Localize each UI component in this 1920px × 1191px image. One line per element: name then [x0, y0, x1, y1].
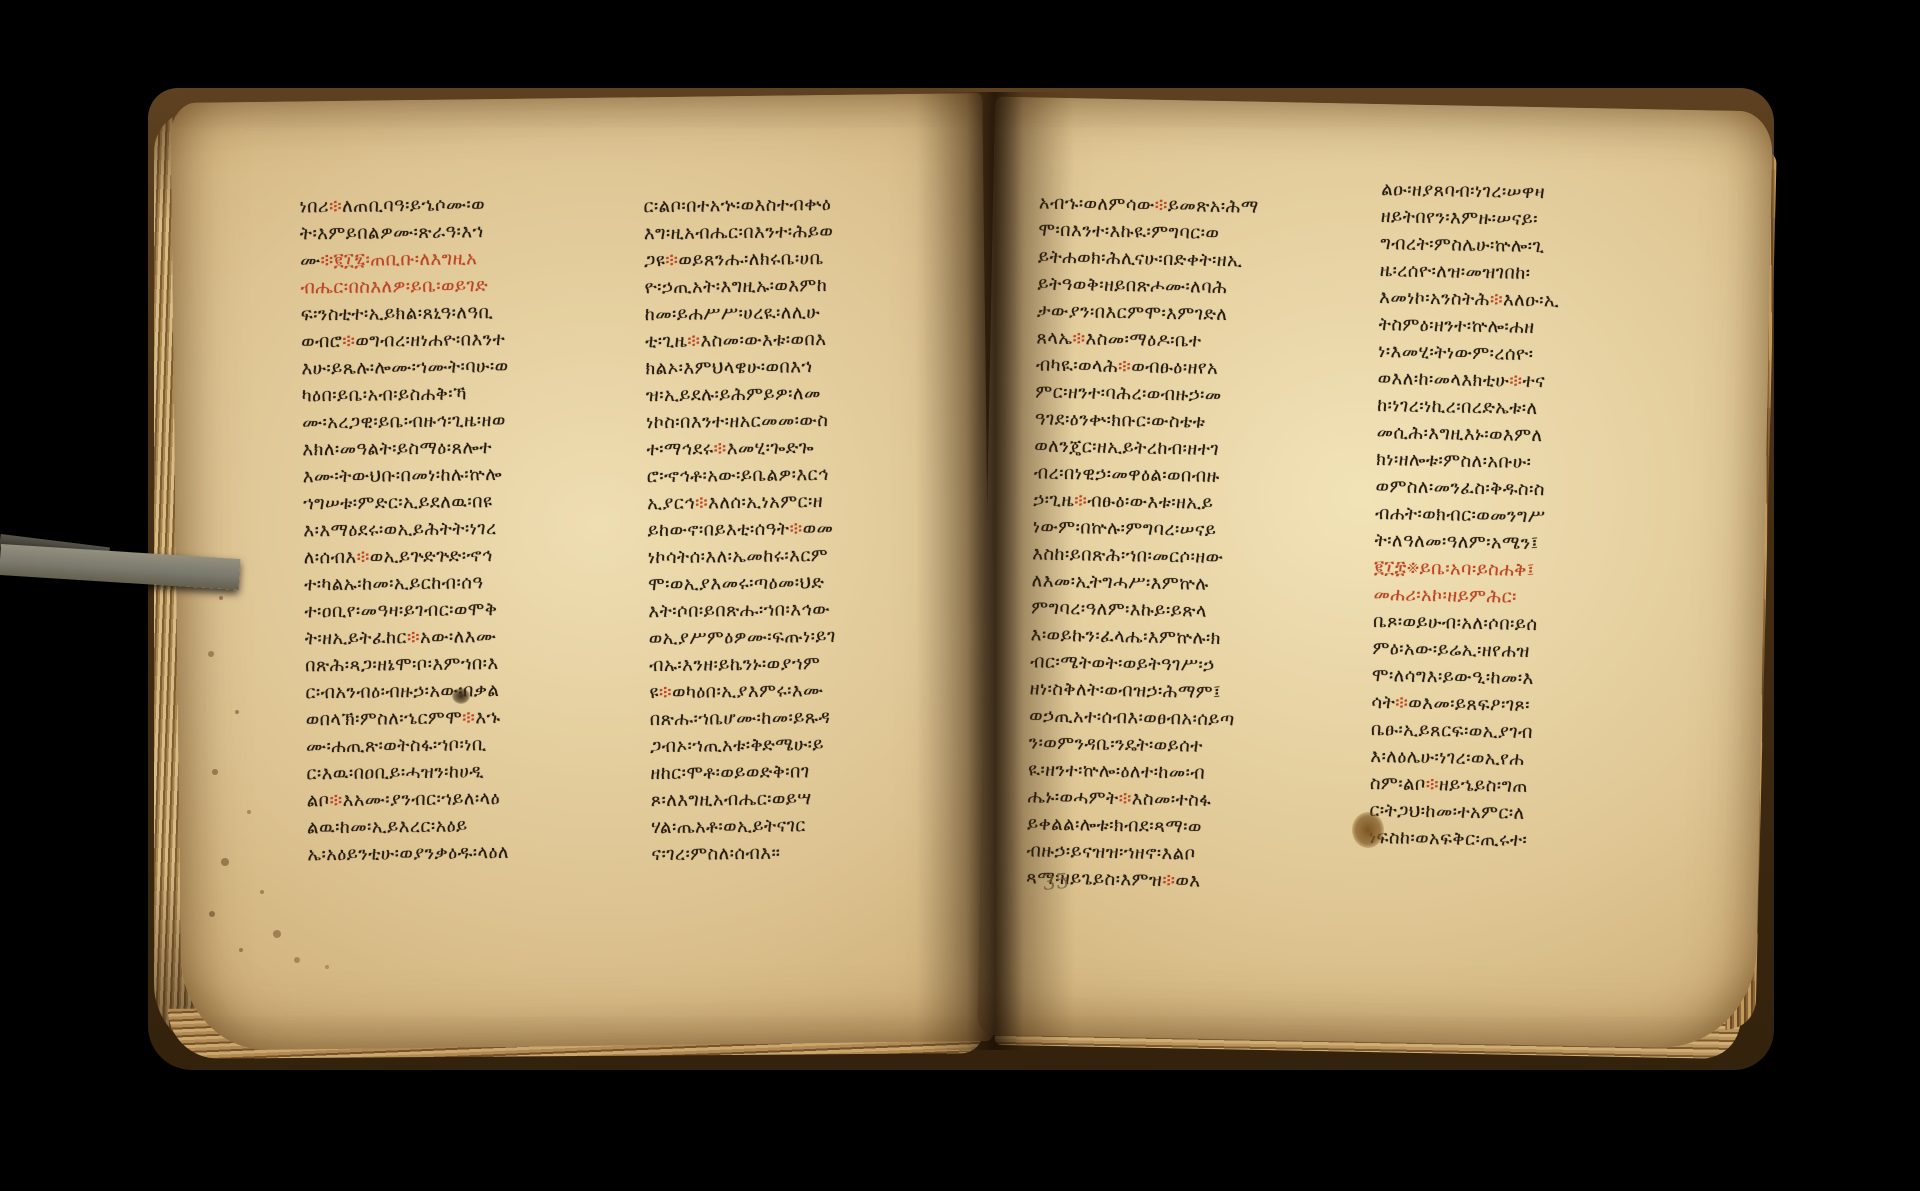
photo-background: { "pencil": { "page_number": "35" }, "pa… — [0, 0, 1920, 1191]
black-ink-text: ብዙኃ፡ይናዝዝ፡ኀዘኖ፡እልቦ — [1026, 840, 1195, 864]
black-ink-text: ነውም፡በኵሉ፡ምግባረ፡ሠናይ — [1033, 516, 1217, 541]
black-ink-text: ር፡ልቦ፡በተአኍ፡ወእስተብቍዕ — [643, 194, 831, 217]
black-ink-text: ሙ — [300, 250, 321, 271]
black-ink-text: ር፡ብአንብዕ፡ብዙኃ፡አው፡በቃል — [305, 680, 499, 703]
black-ink-text: አብኁ፡ወለምሳው — [1039, 192, 1155, 215]
red-ink-text: ፨ — [1395, 692, 1409, 713]
text-line: ር፡እዉ፡በዐቢይ፡ሓዝን፡ከሀዲ — [306, 756, 628, 787]
black-ink-text: ይከውኖ፡በይእቲ፡ሰዓት — [647, 518, 789, 541]
black-ink-text: ዘይኄይስ፡ግጠ — [1439, 774, 1528, 797]
black-ink-text: ዩ — [649, 682, 659, 703]
red-ink-text: ፨ — [1490, 289, 1504, 310]
black-ink-text: ግብረት፡ምስሌሁ፡ኵሎ፡ጊ — [1380, 233, 1545, 257]
text-line: ነኮሳትሰ፡እለ፡ኤመከሩ፡እርም — [648, 540, 960, 571]
black-ink-text: ጋዩ — [644, 250, 665, 271]
black-ink-text: እስመ፡ማዕዶ፡ቤተ — [1085, 328, 1201, 351]
black-ink-text: ዝ፡ኢይደሉ፡ይሕምይዎ፡ለመ — [646, 383, 821, 406]
black-ink-text: ወእመ፡ይጸፍዖ፡ገጾ፡ — [1408, 693, 1530, 716]
black-ink-text: ጸላኤ — [1036, 327, 1072, 349]
red-ink-text: ፨ — [1118, 356, 1132, 377]
black-ink-text: እኁ — [475, 707, 500, 728]
red-ink-text: ፨ — [329, 790, 342, 811]
black-ink-text: ወብፁዕ፡ዘየአ — [1131, 356, 1218, 379]
text-line: ዝ፡ኢይደሉ፡ይሕምይዎ፡ለመ — [646, 378, 958, 409]
black-ink-text: ር፡እዉ፡በዐቢይ፡ሓዝን፡ከሀዲ — [306, 761, 484, 784]
text-line: በጽሕ፡ጻጋ፡ዘኔሞ፡ቦ፡እምኀበ፡እ — [305, 648, 627, 679]
black-ink-text: እ፡ወይኩን፡ፈላሔ፡እምኵሉ፡ክ — [1031, 624, 1222, 649]
black-ink-text: ይቀልል፡ሎቱ፡ክብደ፡ጻማ፡ወ — [1027, 813, 1202, 837]
text-line: ሮ፡ኆኅቶ፡አው፡ይቤልዎ፡እርኅ — [647, 459, 959, 490]
black-ink-text: ይትዓወቅ፡ዘይበጽሖሙ፡ለባሕ — [1037, 273, 1227, 298]
text-line: ወበላኽ፡ምስለ፡ኄርምሞ፨እኁ — [306, 702, 628, 733]
black-ink-text: ወለንጄር፡ዘኢይትረከብ፡ዘተገ — [1034, 435, 1219, 460]
text-line: ዩ፨ወካዕበ፡ኢያእምሩ፡እሙ — [649, 675, 961, 706]
text-line: ሙ፡አረጋዊ፡ይቤ፡ብዙኅ፡ጊዜ፡ዘወ — [302, 405, 624, 436]
text-line: ክልኦ፡እምህላዌሁ፡ወበእኀ — [645, 351, 957, 382]
black-ink-text: ወእ — [1175, 870, 1200, 891]
black-ink-text: ሳት — [1371, 692, 1395, 713]
red-ink-text: ፨ — [329, 196, 342, 217]
black-ink-text: እመሂ፡ጐድጐ — [727, 437, 815, 459]
black-ink-text: ታውያን፡በእርምሞ፡እምገድለ — [1037, 300, 1228, 325]
black-ink-text: ይመጽአ፡ሕማ — [1168, 195, 1259, 218]
text-line: በጽሑ፡ኀቤሆሙ፡ከመ፡ይጹዳ — [650, 702, 962, 733]
text-line: ልዉ፡ከመ፡ኢይእረር፡አዕይ — [307, 810, 629, 841]
text-line: እሙ፡ትውህቡ፡በመነ፡ከሉ፡ኵሎ — [303, 459, 625, 490]
black-ink-text: ብር፡ሜትወት፡ወይትዓገሥ፡ኃ — [1030, 651, 1215, 676]
black-ink-text: ብኡ፡እንዘ፡ይኬንኑ፡ወያኀም — [649, 653, 820, 676]
black-ink-text: ክነ፡ዘሎቱ፡ምስለ፡አቡሁ፡ — [1376, 449, 1532, 473]
black-ink-text: እለዑ፡ኢ — [1503, 289, 1560, 311]
right-page: አብኁ፡ወለምሳው፨ይመጽአ፡ሕማሞ፡በእንተ፡እኩዪ፡ምግባር፡ወይትሐወክ፡… — [977, 97, 1773, 1050]
black-ink-text: መሲሕ፡እግዚእኑ፡ወእምለ — [1376, 422, 1542, 446]
black-ink-text: ወበላኽ፡ምስለ፡ኄርምሞ — [306, 707, 463, 730]
black-ink-text: ወኢይጕድጕድ፡ኆኅ — [370, 545, 493, 568]
ink-stain — [452, 688, 470, 704]
red-ink-text: ፨ — [1509, 371, 1523, 392]
text-line: ተ፡ካልኡ፡ከመ፡ኢይርከብ፡ሰዓ — [304, 567, 626, 598]
black-ink-text: ይትሐወክ፡ሕሊናሁ፡በድቀት፡ዘኢ — [1038, 246, 1243, 271]
black-ink-text: ወኃጢአተ፡ሰብእ፡ወፀብአ፡ሰይጣ — [1029, 705, 1235, 730]
red-ink-text: ፨ — [1426, 774, 1440, 795]
red-ink-text: ፨ — [342, 331, 355, 352]
text-line: እ፡እማዕደሩ፡ወኢይሕትት፡ነገረ — [303, 513, 625, 544]
black-ink-text: እስመ፡ተስፋ — [1132, 788, 1212, 811]
black-ink-text: ኀግሠቱ፡ምድር፡ኢይደለዉ፡በዩ — [303, 491, 493, 514]
black-ink-text: ቤፁ፡ኢይጸርፍ፡ወኢያገብ — [1371, 719, 1533, 743]
black-ink-text: ነ፡እመሂ፡ትነውም፡ረሰዮ፡ — [1378, 341, 1534, 365]
black-ink-text: ነኮስ፡በእንተ፡ዘአርመመ፡ውስ — [646, 410, 828, 433]
black-ink-text: እ፡እማዕደሩ፡ወኢይሕትት፡ነገረ — [303, 518, 496, 541]
black-ink-text: ወምስለ፡መንፈስ፡ቅዱስ፡ስ — [1375, 476, 1545, 500]
black-ink-text: ሞ፡ወኢያእመሩ፡ጣዕመ፡ህድ — [648, 572, 824, 595]
text-line: ወብሮ፨ወግብረ፡ዘነሐዮ፡በእንተ — [301, 324, 623, 355]
text-line: ለ፡ሰብእ፨ወኢይጕድጕድ፡ኆኅ — [304, 540, 626, 571]
text-line: ነፍስከ፡ወአፍቅር፡ጢሩተ፡ — [1369, 824, 1705, 857]
black-ink-text: ዓገደ፡ዕንቍ፡ክቡር፡ውስቴቱ — [1035, 408, 1206, 432]
red-ink-text: ፨፪፲፯፡ጠቢቡ፡ለእግዚአ — [320, 248, 477, 271]
black-ink-text: ዪ፡ዘንተ፡ኵሎ፡ዕለተ፡ከመ፡ብ — [1028, 759, 1205, 783]
black-ink-text: ነበሪ — [299, 196, 329, 217]
black-ink-text: ት፡ለዓለመ፡ዓለም፡አሜን፤ — [1374, 530, 1538, 554]
black-ink-text: ተና — [1522, 371, 1545, 392]
black-ink-text: ቤጾ፡ወይሁብ፡አለ፡ሶበ፡ይሰ — [1373, 611, 1538, 635]
text-line: ኤ፡አዕይንቲሁ፡ወያንቃዕዱ፡ላዕለ — [307, 837, 629, 868]
red-ink-text: ፨ — [407, 627, 420, 648]
left-page: ነበሪ፨ለጠቢባዓ፡ይኄሶሙ፡ወት፡እምይበልዎሙ፡ጽራዓ፡እኀሙ፨፪፲፯፡ጠቢ… — [170, 93, 994, 1051]
black-ink-text: እሙ፡ትውህቡ፡በመነ፡ከሉ፡ኵሎ — [303, 464, 503, 487]
black-ink-text: ሮ፡ኆኅቶ፡አው፡ይቤልዎ፡እርኅ — [647, 464, 829, 487]
black-ink-text: ከመ፡ይሐሥሥ፡ሀረዪ፡ለሊሁ — [645, 302, 821, 325]
black-ink-text: ሙ፡ሐጢጽ፡ወትስፋ፡ኀቦ፡ነቢ — [306, 734, 487, 757]
red-ink-text: ፨ — [789, 518, 802, 539]
red-ink-text: ፨ — [687, 331, 700, 352]
red-ink-text: መሐሪ፡አኮ፡ዘይምሕር፡ — [1373, 584, 1517, 608]
black-ink-text: ኢያርኅ — [647, 493, 695, 515]
text-line: ዮ፡ኃጢአት፡እግዚኡ፡ወእምከ — [644, 270, 956, 301]
text-line: እግ፡ዚአብሔር፡በእንተ፡ሕይወ — [644, 216, 956, 247]
text-line: ጋብኦ፡ኀጢአቱ፡ቅድሜሁ፡ይ — [650, 729, 962, 760]
black-ink-text: እግ፡ዚአብሔር፡በእንተ፡ሕይወ — [644, 221, 834, 244]
text-line: ር፡ልቦ፡በተአኍ፡ወእስተብቍዕ — [643, 189, 955, 220]
text-line: ሙ፨፪፲፯፡ጠቢቡ፡ለእግዚአ — [300, 243, 622, 274]
black-ink-text: ጋብኦ፡ኀጢአቱ፡ቅድሜሁ፡ይ — [650, 734, 824, 757]
text-line: ተ፡ዐቢየ፡መዓዛ፡ይገብር፡ወሞቅ — [304, 594, 626, 625]
black-ink-text: ምር፡ዘንተ፡ባሕረ፡ወብዙኃ፡መ — [1035, 381, 1222, 406]
red-ink-text: ፨ — [695, 492, 708, 513]
black-ink-text: ት፡እምይበልዎሙ፡ጽራዓ፡እኀ — [300, 221, 484, 244]
text-line: ነኮስ፡በእንተ፡ዘአርመመ፡ውስ — [646, 405, 958, 436]
red-ink-text: ፨ — [665, 250, 678, 271]
red-ink-text: ፨ — [1074, 490, 1088, 511]
black-ink-text: ሞ፡በእንተ፡እኩዪ፡ምግባር፡ወ — [1038, 219, 1219, 243]
black-ink-text: ልዉ፡ከመ፡ኢይእረር፡አዕይ — [307, 815, 468, 838]
black-ink-text: ስም፡ልቦ — [1370, 773, 1426, 795]
red-ink-text: ፨ — [357, 547, 370, 568]
black-ink-text: ሔኑ፡ወሓምት — [1027, 786, 1118, 809]
black-ink-text: ወይጸንሑ፡ለክሩቤ፡ሀቤ — [678, 248, 824, 271]
black-ink-text: ወብሮ — [301, 331, 342, 353]
text-line: ወኢያሥምዕዎሙ፡ፍጡነ፡ይገ — [649, 621, 961, 652]
black-ink-text: ክልኦ፡እምህላዌሁ፡ወበእኀ — [645, 356, 812, 379]
red-ink-text: ፨ — [462, 707, 475, 728]
text-line: ሙ፡ሐጢጽ፡ወትስፋ፡ኀቦ፡ነቢ — [306, 729, 628, 760]
black-ink-text: ካዕበ፡ይቤ፡አብ፡ይስሐቅ፡ኻ — [302, 383, 467, 406]
red-ink-text: ፨ — [1072, 328, 1086, 349]
red-ink-text: ፨ — [1155, 195, 1169, 216]
black-ink-text: ዘነ፡ስቅለት፡ወብዝኃ፡ሕማም፤ — [1030, 678, 1222, 703]
text-line: ከመ፡ይሐሥሥ፡ሀረዪ፡ለሊሁ — [645, 297, 957, 328]
black-ink-text: በጽሕ፡ጻጋ፡ዘኔሞ፡ቦ፡እምኀበ፡እ — [305, 653, 499, 676]
text-column-left-1: ነበሪ፨ለጠቢባዓ፡ይኄሶሙ፡ወት፡እምይበልዎሙ፡ጽራዓ፡እኀሙ፨፪፲፯፡ጠቢ… — [299, 189, 629, 868]
black-ink-text: ብሐት፡ወክብር፡ወመንግሥ — [1375, 503, 1546, 527]
black-ink-text: ዮ፡ኃጢአት፡እግዚኡ፡ወእምከ — [644, 275, 827, 298]
black-ink-text: በጽሑ፡ኀቤሆሙ፡ከመ፡ይጹዳ — [650, 707, 831, 730]
black-ink-text: እአሙ፡ያንብር፡ኀይለ፡ላዕ — [343, 788, 501, 811]
black-ink-text: ልዑ፡ዘያጸባብ፡ነገረ፡ሠዋዛ — [1381, 179, 1545, 203]
text-line: ብሔር፡በስእለዎ፡ይቤ፡ወይገድ — [300, 270, 622, 301]
black-ink-text: ለእመ፡ኢትግሓሥ፡እምኵሉ — [1032, 570, 1209, 594]
black-ink-text: እ፡ለዕሌሁ፡ነገረ፡ወኢየሐ — [1370, 746, 1524, 770]
text-line: ብኡ፡እንዘ፡ይኬንኑ፡ወያኀም — [649, 648, 961, 679]
red-ink-text: ብሔር፡በስእለዎ፡ይቤ፡ወይገድ — [300, 275, 488, 298]
text-line: ና፡ገረ፡ምስለ፡ሰብእ። — [651, 837, 963, 868]
text-line: ቲ፡ጊዜ፨እስመ፡ውእቱ፡ወበእ — [645, 324, 957, 355]
black-ink-text: እሁ፡ይጼሉ፡ሎሙ፡ኀሙት፡ባሁ፡ወ — [301, 356, 508, 380]
black-ink-text: ኃ፡ጊዜ — [1033, 489, 1074, 511]
black-ink-text: ሞ፡ለሳግእ፡ይውዒ፡ከመ፡እ — [1372, 665, 1534, 689]
black-ink-text: ትስምዕ፡ዘንተ፡ኵሎ፡ሐዘ — [1379, 314, 1535, 338]
black-ink-text: ተ፡ማኅደሩ — [646, 438, 713, 460]
text-column-right-1: አብኁ፡ወለምሳው፨ይመጽአ፡ሕማሞ፡በእንተ፡እኩዪ፡ምግባር፡ወይትሐወክ፡… — [1026, 189, 1367, 897]
text-line: ሃል፡ጤአቶ፡ወኢይትናገር — [651, 810, 963, 841]
text-line: ልቦ፨እአሙ፡ያንብር፡ኀይለ፡ላዕ — [307, 783, 629, 814]
black-ink-text: እክለ፡መዓልት፡ይስማዕ፡ጸሎተ — [302, 437, 492, 460]
black-ink-text: ር፡ትጋህ፡ከመ፡ተአምር፡ለ — [1369, 800, 1525, 824]
text-line: ኢያርኅ፨እለሰ፡ኢነአምር፡ዘ — [647, 486, 959, 517]
black-ink-text: እለሰ፡ኢነአምር፡ዘ — [708, 491, 823, 513]
black-ink-text: ፍ፡ንስቲተ፡ኢይክል፡ጸኒዓ፡ለዓቢ — [301, 302, 494, 325]
text-line: ጋዩ፨ወይጸንሑ፡ለክሩቤ፡ሀቤ — [644, 243, 956, 274]
black-ink-text: ብካዪ፡ወላሕ — [1036, 354, 1119, 377]
black-ink-text: ና፡ገረ፡ምስለ፡ሰብእ። — [651, 843, 780, 866]
black-ink-text: እመነኮ፡አንስትሕ — [1379, 287, 1490, 310]
black-ink-text: ዘከር፡ሞቶ፡ወይወድቅ፡በገ — [650, 761, 809, 784]
black-ink-text: እስመ፡ውእቱ፡ወበእ — [700, 329, 826, 352]
black-ink-text: ለጠቢባዓ፡ይኄሶሙ፡ወ — [342, 194, 485, 217]
black-ink-text: ልቦ — [307, 790, 330, 811]
text-column-right-2: ልዑ፡ዘያጸባብ፡ነገረ፡ሠዋዛዘይትበየን፡እምዙ፡ሠናይ፡ግብረት፡ምስሌሁ… — [1369, 176, 1718, 857]
text-line: ሞ፡ወኢያእመሩ፡ጣዕመ፡ህድ — [648, 567, 960, 598]
black-ink-text: ተ፡ካልኡ፡ከመ፡ኢይርከብ፡ሰዓ — [304, 572, 484, 595]
text-line: ዘከር፡ሞቶ፡ወይወድቅ፡በገ — [650, 756, 962, 787]
text-column-left-2: ር፡ልቦ፡በተአኍ፡ወእስተብቍዕእግ፡ዚአብሔር፡በእንተ፡ሕይወጋዩ፨ወይጸ… — [643, 189, 963, 868]
black-ink-text: ብረ፡በነዊኃ፡መዋዕል፡ወበብዙ — [1034, 462, 1220, 487]
black-ink-text: ተ፡ዐቢየ፡መዓዛ፡ይገብር፡ወሞቅ — [304, 599, 497, 622]
black-ink-text: ን፡ወምንዳቤ፡ንዴት፡ወይሰተ — [1028, 732, 1203, 756]
text-line: ኀግሠቱ፡ምድር፡ኢይደለዉ፡በዩ — [303, 486, 625, 517]
black-ink-text: ሙ፡አረጋዊ፡ይቤ፡ብዙኅ፡ጊዜ፡ዘወ — [302, 410, 506, 433]
black-ink-text: ወግብረ፡ዘነሐዮ፡በእንተ — [355, 329, 505, 352]
text-line: ፍ፡ንስቲተ፡ኢይክል፡ጸኒዓ፡ለዓቢ — [301, 297, 623, 328]
black-ink-text: እት፡ሶበ፡ይበጽሑ፡ኀበ፡እኅው — [648, 599, 830, 622]
black-ink-text: ዜ፡ረሰዮ፡ለዝ፡መዝገበከ፡ — [1380, 260, 1531, 284]
black-ink-text: ዘይትበየን፡እምዙ፡ሠናይ፡ — [1381, 206, 1539, 230]
pencil-page-number: 35 — [1041, 869, 1070, 895]
black-ink-text: ኤ፡አዕይንቲሁ፡ወያንቃዕዱ፡ላዕለ — [307, 842, 509, 865]
text-line: ጻማ፡ዘይጌይስ፡እምዝ፨ወእ — [1026, 864, 1354, 897]
black-ink-text: ቲ፡ጊዜ — [645, 331, 687, 353]
black-ink-text: ሃል፡ጤአቶ፡ወኢይትናገር — [651, 815, 806, 838]
black-ink-text: ብፁዕ፡ውእቱ፡ዘኢይ — [1087, 490, 1213, 513]
text-line: ት፡እምይበልዎሙ፡ጽራዓ፡እኀ — [300, 216, 622, 247]
red-ink-text: ፨ — [1118, 788, 1132, 809]
black-ink-text: ምዕ፡አው፡ይሬኢ፡ዘየሐዝ — [1372, 638, 1530, 662]
text-line: ይከውኖ፡በይእቲ፡ሰዓት፨ወመ — [647, 513, 959, 544]
black-ink-text: አው፡ለእሙ — [420, 626, 496, 648]
black-ink-text: ነኮሳትሰ፡እለ፡ኤመከሩ፡እርም — [648, 545, 829, 568]
black-ink-text: ለ፡ሰብእ — [304, 547, 357, 569]
text-line: ተ፡ማኅደሩ፨እመሂ፡ጐድጐ — [646, 432, 958, 463]
text-line: ጾ፡ለእግዚአብሔር፡ወይሣ — [651, 783, 963, 814]
red-ink-text: ፨ — [713, 438, 726, 459]
black-ink-text: ወካዕበ፡ኢያእምሩ፡እሙ — [672, 680, 824, 703]
text-line: እት፡ሶበ፡ይበጽሑ፡ኀበ፡እኅው — [648, 594, 960, 625]
black-ink-text: ወመ — [803, 518, 834, 539]
red-ink-text: ፨ — [1162, 870, 1176, 891]
black-ink-text: ት፡ዘኢይትፈከር — [305, 627, 407, 649]
text-line: እሁ፡ይጼሉ፡ሎሙ፡ኀሙት፡ባሁ፡ወ — [301, 351, 623, 382]
black-ink-text: ነፍስከ፡ወአፍቅር፡ጢሩተ፡ — [1369, 827, 1528, 851]
black-ink-text: ወእለ፡ከ፡መላእክቲሁ — [1378, 368, 1510, 392]
text-line: ነበሪ፨ለጠቢባዓ፡ይኄሶሙ፡ወ — [299, 189, 621, 220]
parchment-stain — [1352, 812, 1384, 848]
text-line: ካዕበ፡ይቤ፡አብ፡ይስሐቅ፡ኻ — [302, 378, 624, 409]
red-ink-text: ፪፲፰፠ይቤ፡አባ፡ይስሐቅ፤ — [1374, 557, 1535, 581]
text-line: ት፡ዘኢይትፈከር፨አው፡ለእሙ — [305, 621, 627, 652]
red-ink-text: ፨ — [659, 682, 672, 703]
black-ink-text: ምግባረ፡ዓለም፡እኩይ፡ይጽላ — [1031, 597, 1207, 621]
text-line: እክለ፡መዓልት፡ይስማዕ፡ጸሎተ — [302, 432, 624, 463]
black-ink-text: ከ፡ነገረ፡ነኪረ፡በረድኤቱ፡ለ — [1377, 395, 1538, 419]
black-ink-text: እስከ፡ይበጽሕ፡ኀበ፡መርሶ፡ዘው — [1032, 543, 1224, 568]
black-ink-text: ወኢያሥምዕዎሙ፡ፍጡነ፡ይገ — [649, 626, 836, 649]
black-ink-text: ጾ፡ለእግዚአብሔር፡ወይሣ — [651, 788, 812, 811]
